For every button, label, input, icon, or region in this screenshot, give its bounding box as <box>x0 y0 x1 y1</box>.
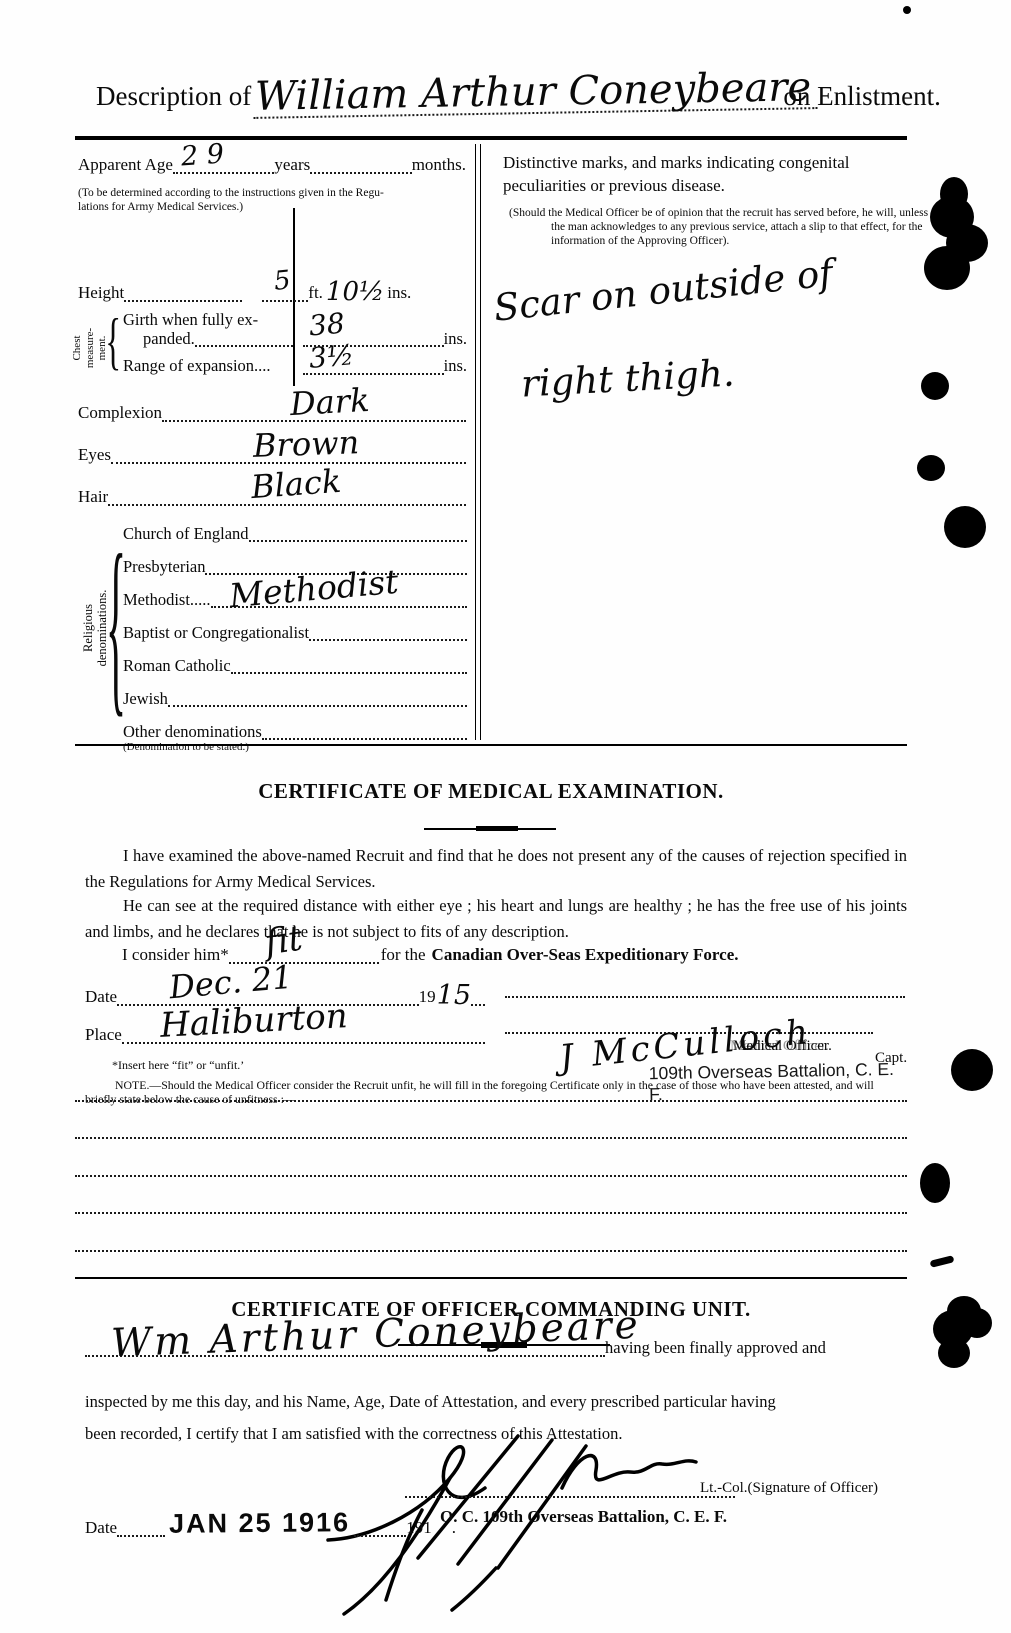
ink-blot <box>903 6 911 14</box>
age-months-line <box>310 168 411 174</box>
medcert-date-place: Date Dec. 21 19 15 Place Haliburton <box>85 984 485 1044</box>
height-label: Height <box>78 284 124 302</box>
chest-brace: { <box>103 310 123 376</box>
eyes-value-handwritten: Brown <box>252 426 359 462</box>
girth-label-line1: Girth when fully ex- <box>123 310 293 330</box>
medical-certificate-heading: CERTIFICATE OF MEDICAL EXAMINATION. <box>75 779 907 804</box>
medcert-paragraph-2: He can see at the required distance with… <box>85 893 907 944</box>
height-ft-line: 5 <box>262 296 308 302</box>
attestation-date-end: . <box>452 1519 456 1537</box>
girth-leader <box>195 341 293 347</box>
ink-blot <box>930 1255 955 1268</box>
church-line <box>249 536 467 542</box>
ink-blot <box>938 1338 970 1368</box>
medcert-date-value-handwritten: Dec. 21 <box>168 961 294 1004</box>
title-prefix: Description of <box>96 81 251 112</box>
ink-blot <box>921 372 949 400</box>
blank-line <box>75 1212 907 1214</box>
apparent-age-value-handwritten: 2 9 <box>180 140 225 170</box>
eyes-label: Eyes <box>78 446 111 464</box>
religion-list: Church of England Presbyterian Methodist… <box>123 520 467 753</box>
officer-line2: inspected by me this day, and his Name, … <box>85 1392 907 1412</box>
eyes-line: Brown <box>111 458 466 464</box>
ink-blot <box>917 455 945 481</box>
description-table: Apparent Age 2 9 years months. (To be de… <box>75 142 907 744</box>
jewish-line <box>168 701 467 707</box>
expansion-value-line: 3½ <box>303 369 444 375</box>
medcert-place-row: Place Haliburton <box>85 1022 485 1044</box>
apparent-age-row: Apparent Age 2 9 years months. <box>78 156 466 174</box>
consider-row: I consider him* fit for the Canadian Ove… <box>122 946 822 964</box>
blank-line <box>75 1137 907 1139</box>
other-line <box>262 734 467 740</box>
signature-line-1 <box>505 996 905 998</box>
section-rule <box>75 1277 907 1279</box>
girth-row: Girth when fully ex- panded. 38 ins. <box>123 310 467 347</box>
ink-blot <box>966 234 984 250</box>
height-ft-unit: ft. <box>308 284 323 302</box>
apparent-age-label: Apparent Age <box>78 156 173 174</box>
ink-blot <box>924 246 970 290</box>
ink-blot <box>944 506 986 548</box>
height-row: Height 5 ft. 10½ ins. <box>78 276 466 302</box>
blank-line <box>75 1175 907 1177</box>
column-divider <box>475 144 481 740</box>
expansion-label: Range of expansion.... <box>123 357 271 374</box>
medcert-year-handwritten: 15 <box>437 982 471 1009</box>
medcert-place-line: Haliburton <box>122 1038 485 1044</box>
expansion-unit: ins. <box>444 357 467 374</box>
complexion-row: Complexion Dark <box>78 404 466 422</box>
girth-label-line2: panded. <box>143 330 195 347</box>
hair-row: Hair Black <box>78 488 466 506</box>
other-denominations-note: (Denomination to be stated.) <box>123 741 467 753</box>
religion-row-jewish: Jewish <box>123 685 467 707</box>
distinctive-marks-handwritten-2: right thigh. <box>520 354 735 402</box>
attestation-date-row: Date JAN 25 1916 191 . <box>85 1510 505 1537</box>
religion-row-baptist: Baptist or Congregationalist <box>123 619 467 641</box>
medcert-note: NOTE.—Should the Medical Officer conside… <box>85 1078 907 1107</box>
officer-signature-label: Lt.-Col.(Signature of Officer) <box>700 1480 878 1497</box>
distinctive-marks-handwritten-1: Scar on outside of <box>492 254 835 326</box>
religion-row-methodist: Methodist..... Methodist <box>123 586 467 608</box>
signature-line-2-wrap: J McCulloch Capt. <box>505 1032 907 1034</box>
apparent-age-note: (To be determined according to the instr… <box>78 186 470 214</box>
section-rule <box>75 744 907 746</box>
hair-value-handwritten: Black <box>250 465 342 503</box>
height-in-value-handwritten: 10½ <box>326 279 384 305</box>
distinctive-marks-note: (Should the Medical Officer be of opinio… <box>509 206 933 248</box>
expansion-value-handwritten: 3½ <box>308 341 355 373</box>
hair-label: Hair <box>78 488 108 506</box>
consider-value-handwritten: fit <box>262 921 304 961</box>
consider-mid: for the <box>381 946 426 964</box>
description-right-column: Distinctive marks, and marks indicating … <box>487 142 907 744</box>
expansion-row: Range of expansion.... 3½ ins. <box>123 357 467 374</box>
distinctive-marks-heading: Distinctive marks, and marks indicating … <box>503 152 901 198</box>
medcert-place-label: Place <box>85 1026 122 1044</box>
girth-value-handwritten: 38 <box>308 310 346 341</box>
height-in-unit: ins. <box>387 284 411 302</box>
hair-line: Black <box>108 500 466 506</box>
complexion-label: Complexion <box>78 404 162 422</box>
roman-catholic-label: Roman Catholic <box>123 657 231 674</box>
medcert-place-value-handwritten: Haliburton <box>159 999 348 1043</box>
catholic-line <box>231 668 467 674</box>
baptist-line <box>309 635 467 641</box>
ink-blot <box>920 1163 950 1203</box>
medcert-date-label: Date <box>85 988 117 1006</box>
religion-row-church: Church of England <box>123 520 467 542</box>
other-denominations-label: Other denominations <box>123 723 262 740</box>
medcert-year-printed: 19 <box>419 988 436 1006</box>
jewish-label: Jewish <box>123 690 168 707</box>
page-title: Description of William Arthur Coneybeare… <box>96 72 956 114</box>
chest-rows: Girth when fully ex- panded. 38 ins. Ran… <box>123 310 467 375</box>
blank-line <box>75 1100 907 1102</box>
heading-short-rule-thick <box>476 826 518 831</box>
religion-row-other: Other denominations <box>123 718 467 740</box>
presbyterian-label: Presbyterian <box>123 558 205 575</box>
baptist-label: Baptist or Congregationalist <box>123 624 309 641</box>
ink-blot <box>951 1049 993 1091</box>
attestation-year-printed: 191 <box>406 1519 432 1537</box>
eyes-row: Eyes Brown <box>78 446 466 464</box>
officer-name-row: Wm Arthur Coneybeare having been finally… <box>85 1340 907 1357</box>
attestation-date-label: Date <box>85 1519 117 1537</box>
description-left-column: Apparent Age 2 9 years months. (To be de… <box>75 142 473 744</box>
consider-force: Canadian Over-Seas Expeditionary Force. <box>432 946 739 964</box>
methodist-line: Methodist <box>211 602 467 608</box>
methodist-label: Methodist..... <box>123 591 211 608</box>
girth-unit: ins. <box>444 330 467 347</box>
officer-name-line: Wm Arthur Coneybeare <box>85 1355 605 1357</box>
date-received-stamp: JAN 25 1916 <box>169 1509 350 1538</box>
curly-brace-icon: { <box>105 307 121 378</box>
medcert-paragraph-1: I have examined the above-named Recruit … <box>85 843 907 894</box>
months-label: months. <box>412 156 466 174</box>
blank-line <box>75 1250 907 1252</box>
height-ft-value-handwritten: 5 <box>273 267 292 295</box>
ink-blot <box>962 1308 992 1338</box>
complexion-line: Dark <box>162 416 466 422</box>
religion-row-catholic: Roman Catholic <box>123 652 467 674</box>
years-label: years <box>274 156 310 174</box>
complexion-value-handwritten: Dark <box>289 384 370 420</box>
apparent-age-line: 2 9 <box>173 168 274 174</box>
fit-footnote: *Insert here “fit” or “unfit.’ <box>112 1058 244 1073</box>
recruit-name-handwritten: William Arthur Coneybeare <box>253 67 818 119</box>
height-leader <box>124 296 242 302</box>
enlistment-form-page: Description of William Arthur Coneybeare… <box>0 0 1011 1633</box>
officer-signature-line <box>405 1496 735 1498</box>
consider-prefix: I consider him* <box>122 946 229 964</box>
church-of-england-label: Church of England <box>123 525 249 542</box>
